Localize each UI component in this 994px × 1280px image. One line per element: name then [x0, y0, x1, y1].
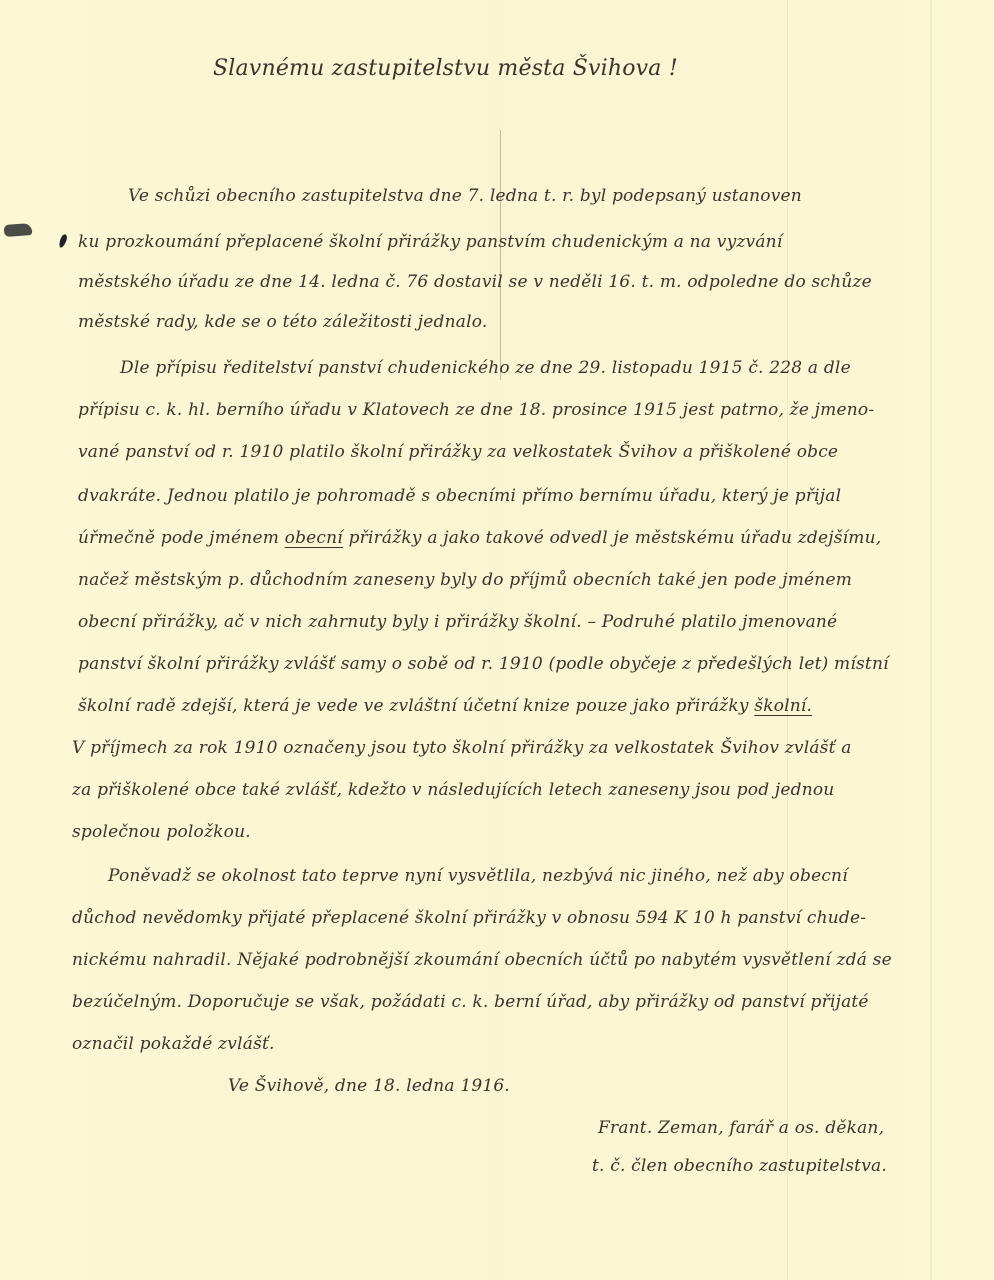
text-line: Poněvadž se okolnost tato teprve nyní vy… [108, 866, 848, 886]
signature-name: Frant. Zeman, farář a os. děkan, [598, 1118, 884, 1138]
text-line: obecní přirážky, ač v nich zahrnuty byly… [78, 612, 837, 632]
text-segment: úřmečně pode jménem [78, 528, 279, 548]
text-line: městské rady, kde se o této záležitosti … [78, 312, 487, 332]
fold-line [500, 130, 501, 380]
text-line: za přiškolené obce také zvlášť, kdežto v… [72, 780, 834, 800]
text-line: vané panství od r. 1910 platilo školní p… [78, 442, 838, 462]
text-line: městského úřadu ze dne 14. ledna č. 76 d… [78, 272, 872, 292]
text-line: panství školní přirážky zvlášť samy o so… [78, 654, 889, 674]
text-line: ku prozkoumání přeplacené školní přirážk… [78, 232, 782, 252]
text-line: Dle přípisu ředitelství panství chudenic… [120, 358, 851, 378]
text-line: úřmečně pode jménem obecní přirážky a ja… [78, 528, 881, 548]
text-line: označil pokaždé zvlášť. [72, 1034, 275, 1054]
text-line: dvakráte. Jednou platilo je pohromadě s … [78, 486, 841, 506]
text-line: načež městským p. důchodním zaneseny byl… [78, 570, 852, 590]
paper-crease [930, 0, 932, 1280]
ink-blot [4, 223, 33, 237]
text-line: přípisu c. k. hl. berního úřadu v Klatov… [78, 400, 874, 420]
underlined-word: školní. [754, 696, 812, 716]
text-line: nickému nahradil. Nějaké podrobnější zko… [72, 950, 892, 970]
text-line: důchod nevědomky přijaté přeplacené škol… [72, 908, 866, 928]
text-line: Ve schůzi obecního zastupitelstva dne 7.… [128, 186, 802, 206]
signature-title: t. č. člen obecního zastupitelstva. [592, 1156, 887, 1176]
text-line: bezúčelným. Doporučuje se však, požádati… [72, 992, 869, 1012]
letter-salutation: Slavnému zastupitelstvu města Švihova ! [213, 56, 678, 81]
place-date: Ve Švihově, dne 18. ledna 1916. [228, 1076, 510, 1096]
text-line: školní radě zdejší, která je vede ve zvl… [78, 696, 812, 716]
text-segment: školní radě zdejší, která je vede ve zvl… [78, 696, 749, 716]
text-segment: přirážky a jako takové odvedl je městské… [349, 528, 882, 548]
underlined-word: obecní [285, 528, 343, 548]
text-line: společnou položkou. [72, 822, 251, 842]
text-line: V příjmech za rok 1910 označeny jsou tyt… [72, 738, 852, 758]
